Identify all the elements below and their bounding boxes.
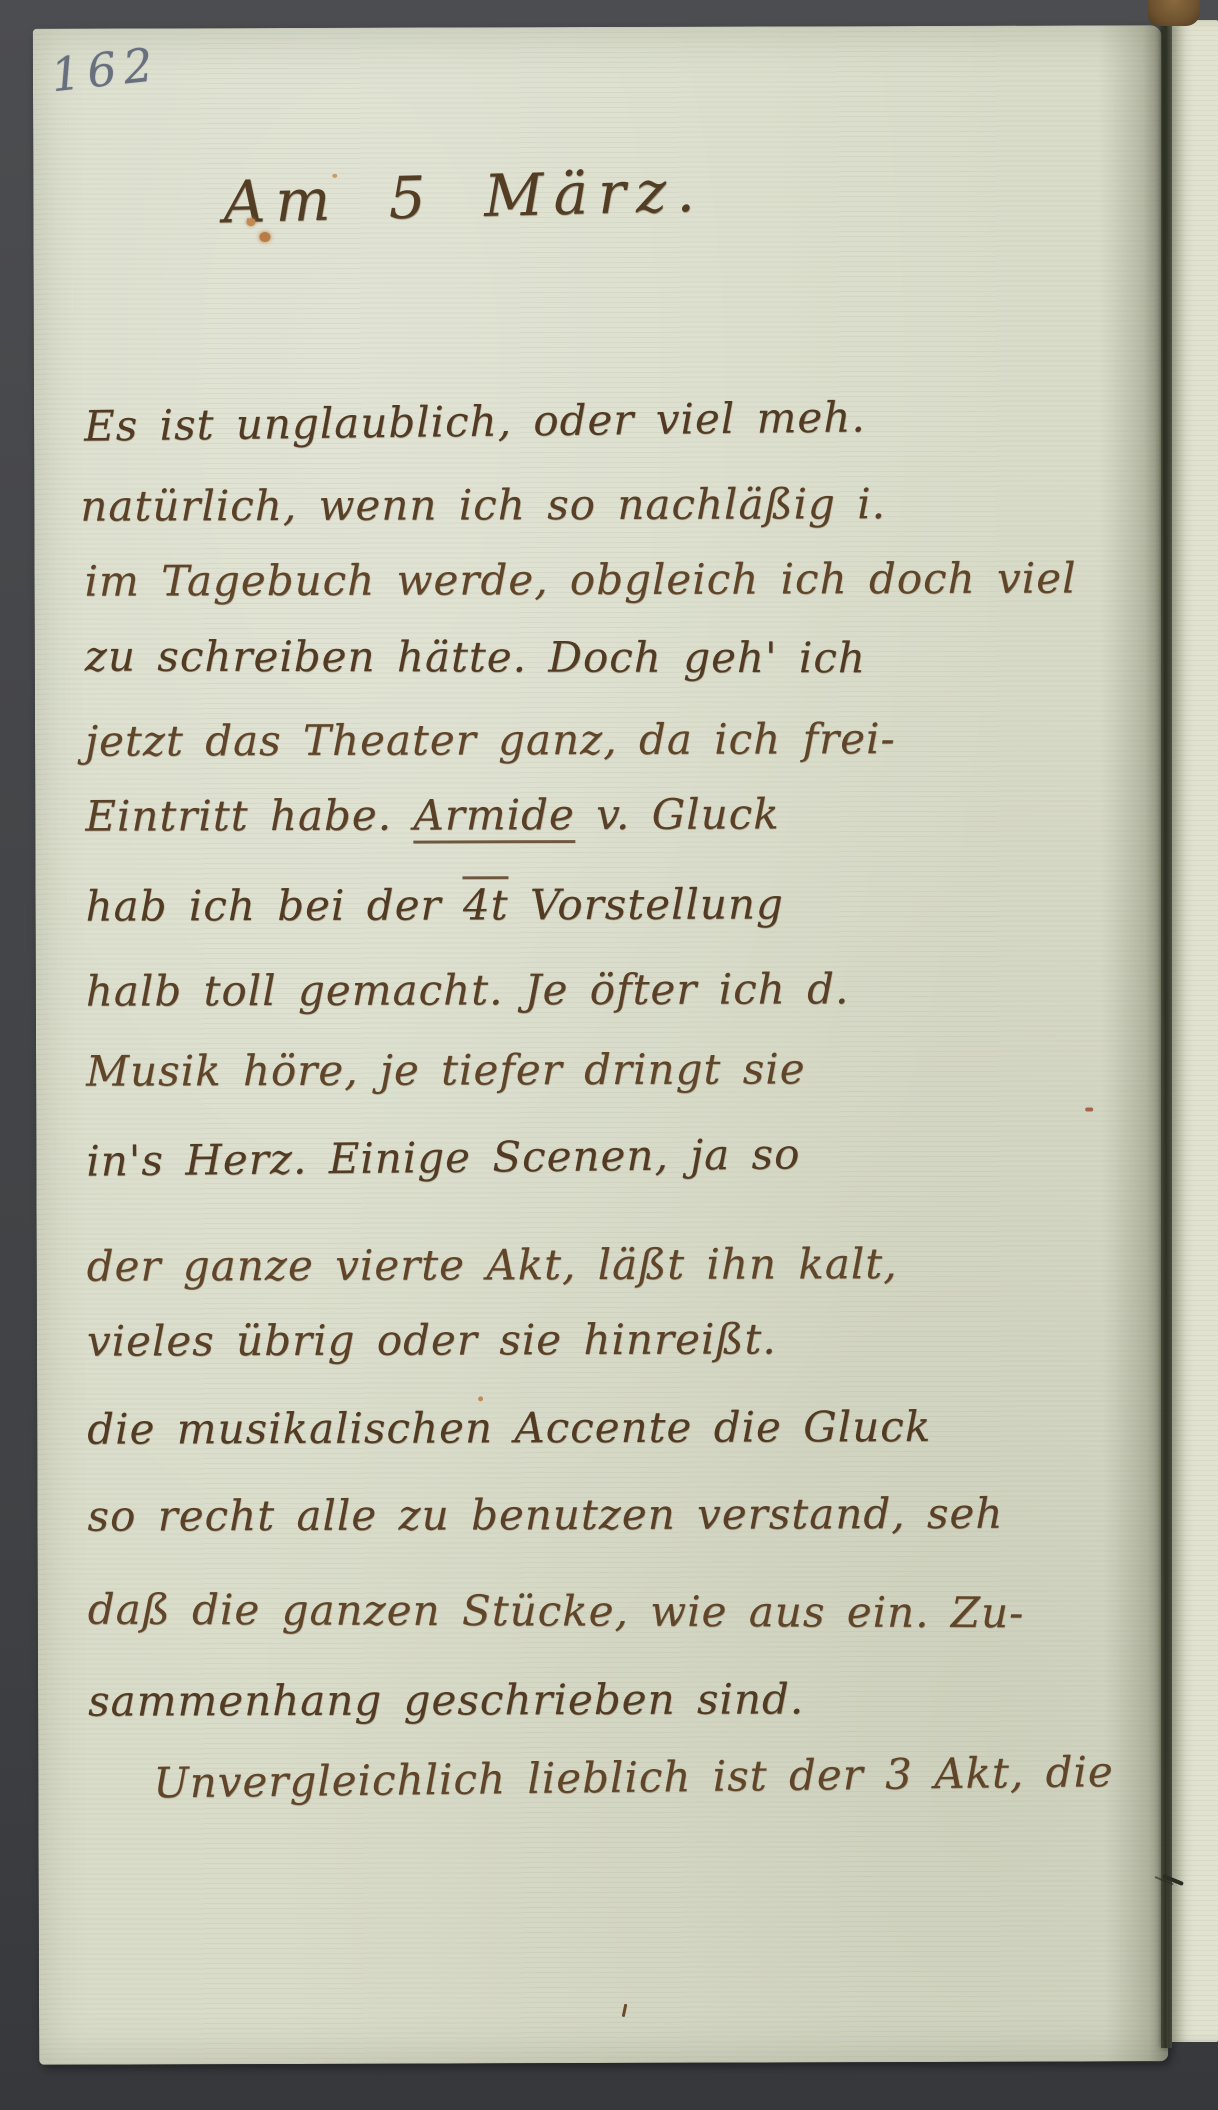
handwritten-line: zu schreiben hätte. Doch geh' ich	[85, 629, 866, 687]
handwritten-line: daß die ganzen Stücke, wie aus ein. Zu-	[88, 1582, 1025, 1642]
foxing-spot	[1085, 1107, 1093, 1111]
handwritten-line: so recht alle zu benutzen verstand, seh	[87, 1486, 1003, 1545]
entry-date-heading: Am 5 März.	[223, 157, 706, 238]
handwritten-text: Eintritt habe.	[85, 791, 413, 841]
handwritten-line: halb toll gemacht. Je öfter ich d.	[86, 961, 850, 1019]
handwritten-line: vieles übrig oder sie hinreißt.	[87, 1311, 777, 1369]
foxing-spot	[332, 174, 337, 178]
handwritten-line: die musikalischen Accente die Gluck	[87, 1399, 931, 1458]
handwritten-line: Musik höre, je tiefer dringt sie	[86, 1041, 806, 1099]
scan-background: 162 Am 5 März. Es ist unglaublich, oder …	[0, 0, 1218, 2110]
handwritten-line: Es ist unglaublich, oder viel meh.	[84, 389, 866, 454]
handwritten-text: Vorstellung	[508, 879, 783, 929]
binding-leather	[1148, 0, 1200, 26]
gutter-shadow	[1098, 25, 1168, 2061]
handwritten-line-armide: Eintritt habe. Armide v. Gluck	[85, 786, 780, 844]
folio-number-pencil: 162	[49, 41, 162, 98]
overlined-numeral: 4t	[463, 876, 509, 929]
handwritten-line-vorstellung: hab ich bei der 4t Vorstellung	[85, 876, 783, 934]
handwritten-line: natürlich, wenn ich so nachläßig i.	[80, 476, 886, 535]
handwritten-line: in's Herz. Einige Scenen, ja so	[86, 1126, 801, 1189]
handwritten-line: sammenhang geschrieben sind.	[88, 1671, 804, 1729]
underlined-word-armide: Armide	[413, 790, 575, 844]
binding-crease	[1161, 18, 1172, 2048]
foxing-spot	[478, 1396, 483, 1401]
ink-speck	[622, 2004, 628, 2017]
foxing-spot	[259, 232, 270, 242]
manuscript-page: 162 Am 5 März. Es ist unglaublich, oder …	[33, 25, 1168, 2065]
handwritten-line: im Tagebuch werde, obgleich ich doch vie…	[84, 551, 1076, 610]
handwritten-line: der ganze vierte Akt, läßt ihn kalt,	[87, 1236, 898, 1295]
handwritten-text: hab ich bei der	[85, 880, 463, 930]
handwritten-line: Unvergleichlich lieblich ist der 3 Akt, …	[153, 1744, 1114, 1811]
handwritten-text: v. Gluck	[575, 789, 780, 839]
handwritten-line: jetzt das Theater ganz, da ich frei-	[85, 711, 896, 770]
adjacent-page-edge	[1172, 20, 1218, 2042]
foxing-spot	[246, 218, 255, 226]
